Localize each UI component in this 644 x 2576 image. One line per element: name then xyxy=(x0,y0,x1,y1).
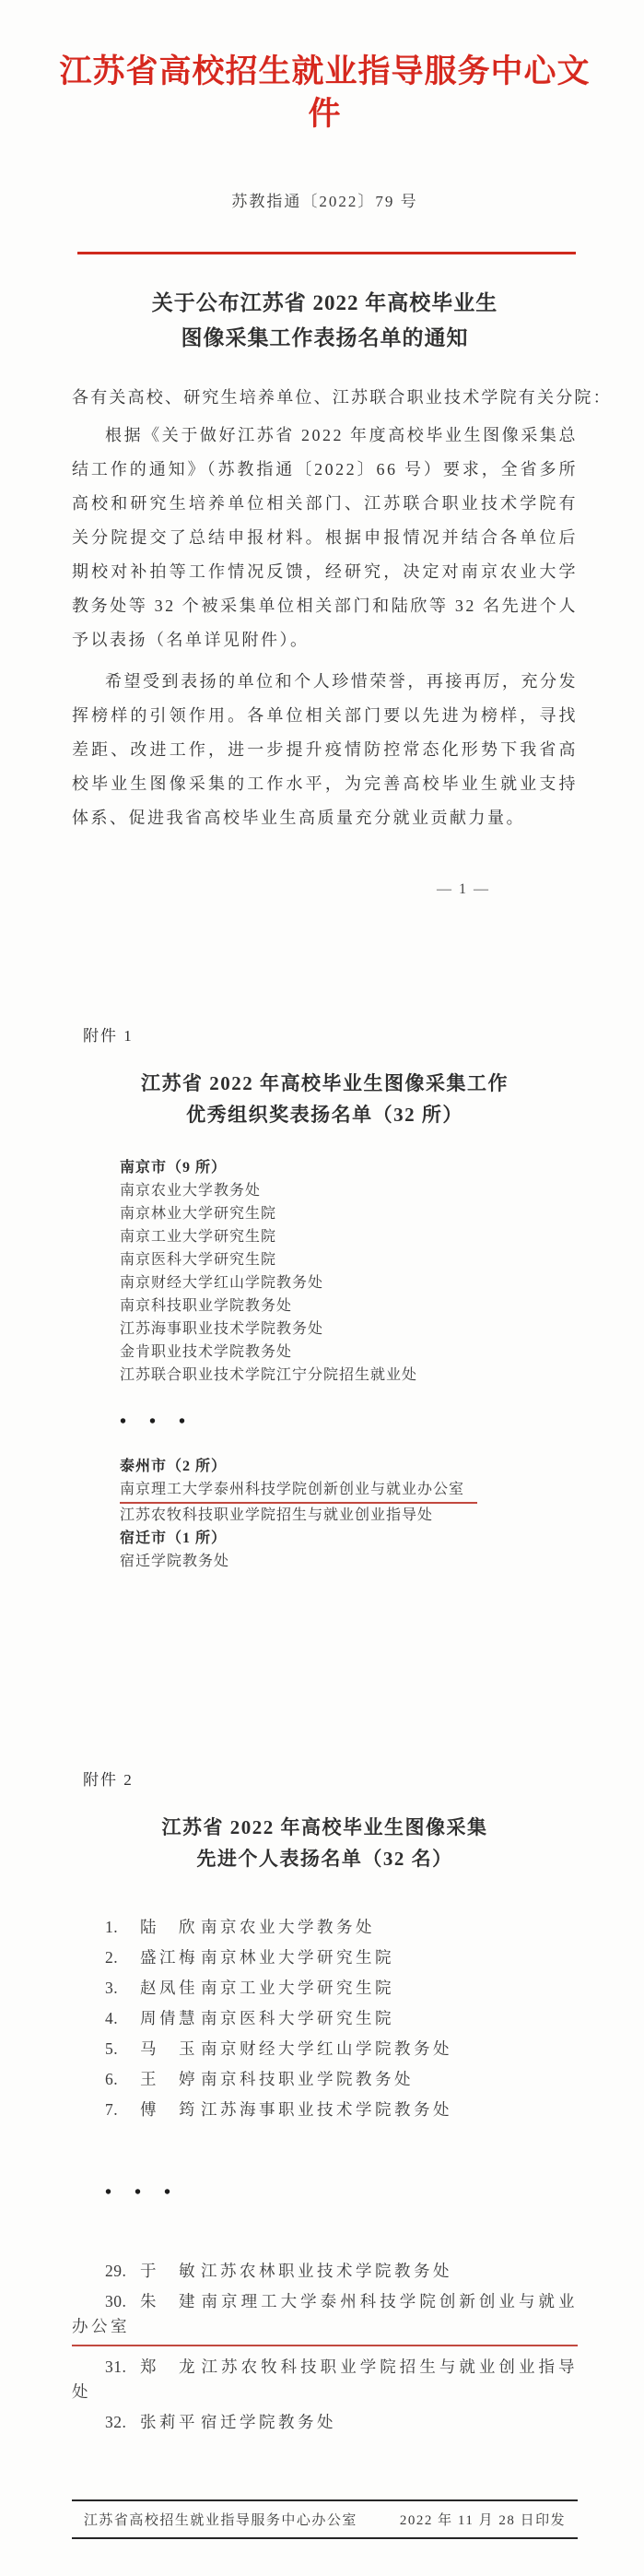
doc-title-line1: 关于公布江苏省 2022 年高校毕业生 xyxy=(72,286,578,321)
person-name: 王 婷 xyxy=(140,2067,201,2092)
org-list-item: 南京农业大学教务处 xyxy=(120,1179,578,1202)
org-list-item: 江苏联合职业技术学院江宁分院招生就业处 xyxy=(120,1364,578,1387)
body-paragraph-2: 希望受到表扬的单位和个人珍惜荣誉，再接再厉，充分发挥榜样的引领作用。各单位相关部… xyxy=(72,665,578,835)
org-name: 江苏海事职业技术学院教务处 xyxy=(120,1321,323,1337)
person-row: 32.张莉平宿迁学院教务处 xyxy=(72,2410,578,2435)
city-group-header: 宿迁市（1 所） xyxy=(120,1527,578,1550)
org-name: 南京医科大学研究生院 xyxy=(120,1252,276,1268)
person-name: 周倩慧 xyxy=(140,2006,201,2031)
person-number: 1. xyxy=(105,1915,140,1940)
attachment2-label: 附件 2 xyxy=(83,1767,578,1790)
attachment2-list: 1.陆 欣南京农业大学教务处2.盛江梅南京林业大学研究生院3.赵凤佳南京工业大学… xyxy=(72,1915,578,2435)
person-unit: 南京科技职业学院教务处 xyxy=(201,2070,414,2088)
person-unit: 南京医科大学研究生院 xyxy=(201,2009,394,2027)
ellipsis-row: • • • xyxy=(120,1412,578,1431)
org-list-item: 江苏农牧科技职业学院招生与就业创业指导处 xyxy=(120,1504,578,1527)
person-number: 31. xyxy=(105,2355,140,2380)
body-paragraph-1: 根据《关于做好江苏省 2022 年度高校毕业生图像采集总结工作的通知》（苏教指通… xyxy=(72,419,578,657)
person-unit: 南京工业大学研究生院 xyxy=(201,1979,394,1997)
person-unit: 江苏海事职业技术学院教务处 xyxy=(201,2100,452,2119)
city-group-header: 泰州市（2 所） xyxy=(120,1455,578,1478)
person-row: 2.盛江梅南京林业大学研究生院 xyxy=(72,1945,578,1970)
red-divider-rule xyxy=(77,252,576,254)
person-row: 5.马 玉南京财经大学红山学院教务处 xyxy=(72,2037,578,2062)
org-name: 江苏联合职业技术学院江宁分院招生就业处 xyxy=(120,1367,417,1383)
person-name: 傅 筠 xyxy=(140,2097,201,2122)
person-name: 马 玉 xyxy=(140,2037,201,2062)
person-row: 7.傅 筠江苏海事职业技术学院教务处 xyxy=(72,2097,578,2122)
org-name: 南京工业大学研究生院 xyxy=(120,1229,276,1245)
org-list-item: 江苏海事职业技术学院教务处 xyxy=(120,1318,578,1341)
person-name: 盛江梅 xyxy=(140,1945,201,1970)
person-name: 于 敏 xyxy=(140,2259,201,2284)
red-header-banner: 江苏省高校招生就业指导服务中心文件 xyxy=(53,51,596,135)
org-list-item: 南京理工大学泰州科技学院创新创业与就业办公室 xyxy=(120,1478,578,1504)
org-list-item: 南京医科大学研究生院 xyxy=(120,1248,578,1271)
org-name: 江苏农牧科技职业学院招生与就业创业指导处 xyxy=(120,1507,433,1523)
doc-number: 苏教指通〔2022〕79 号 xyxy=(72,188,578,211)
org-list-item: 南京林业大学研究生院 xyxy=(120,1202,578,1225)
person-number: 6. xyxy=(105,2067,140,2092)
attachment1-label: 附件 1 xyxy=(83,1022,578,1046)
attachment1-list: 南京市（9 所）南京农业大学教务处南京林业大学研究生院南京工业大学研究生院南京医… xyxy=(120,1156,578,1573)
person-row: 29.于 敏江苏农林职业技术学院教务处 xyxy=(72,2259,578,2284)
person-number: 2. xyxy=(105,1945,140,1970)
person-unit: 江苏农林职业技术学院教务处 xyxy=(201,2262,452,2280)
org-list-item: 南京工业大学研究生院 xyxy=(120,1225,578,1248)
footer-issuer: 江苏省高校招生就业指导服务中心办公室 xyxy=(84,2510,357,2529)
person-number: 7. xyxy=(105,2097,140,2122)
org-name: 金肯职业技术学院教务处 xyxy=(120,1344,292,1360)
org-name: 南京理工大学泰州科技学院创新创业与就业办公室 xyxy=(120,1478,477,1504)
person-name: 赵凤佳 xyxy=(140,1976,201,2001)
person-name: 张莉平 xyxy=(140,2410,201,2435)
person-row: 1.陆 欣南京农业大学教务处 xyxy=(72,1915,578,1940)
attachment2-title-line2: 先进个人表扬名单（32 名） xyxy=(72,1843,578,1874)
person-row: 6.王 婷南京科技职业学院教务处 xyxy=(72,2067,578,2092)
attachment1-title: 江苏省 2022 年高校毕业生图像采集工作 优秀组织奖表扬名单（32 所） xyxy=(72,1068,578,1130)
city-group-header: 南京市（9 所） xyxy=(120,1156,578,1179)
person-row: 30.朱 建南京理工大学泰州科技学院创新创业与就业办公室 xyxy=(72,2289,578,2339)
attachment2-title-line1: 江苏省 2022 年高校毕业生图像采集 xyxy=(72,1812,578,1843)
person-row: 31.郑 龙江苏农牧科技职业学院招生与就业创业指导处 xyxy=(72,2355,578,2405)
ellipsis-row: • • • xyxy=(105,2183,578,2202)
footer-print-date: 2022 年 11 月 28 日印发 xyxy=(400,2510,566,2529)
org-name: 南京科技职业学院教务处 xyxy=(120,1298,292,1314)
person-name: 郑 龙 xyxy=(140,2355,201,2380)
person-number: 30. xyxy=(105,2289,140,2314)
footer-imprint: 江苏省高校招生就业指导服务中心办公室 2022 年 11 月 28 日印发 xyxy=(72,2499,578,2539)
person-number: 32. xyxy=(105,2410,140,2435)
org-name: 南京林业大学研究生院 xyxy=(120,1206,276,1222)
org-name: 南京财经大学红山学院教务处 xyxy=(120,1275,323,1291)
person-number: 29. xyxy=(105,2259,140,2284)
org-name: 宿迁学院教务处 xyxy=(120,1554,229,1569)
person-unit: 宿迁学院教务处 xyxy=(201,2413,336,2431)
org-name: 南京农业大学教务处 xyxy=(120,1183,261,1199)
doc-title-line2: 图像采集工作表扬名单的通知 xyxy=(72,321,578,356)
red-underline-annotation xyxy=(72,2345,578,2346)
page-number: — 1 — xyxy=(72,881,578,898)
org-list-item: 南京财经大学红山学院教务处 xyxy=(120,1271,578,1294)
document-page: 江苏省高校招生就业指导服务中心文件 苏教指通〔2022〕79 号 关于公布江苏省… xyxy=(0,0,644,2576)
org-list-item: 南京科技职业学院教务处 xyxy=(120,1294,578,1318)
salutation: 各有关高校、研究生培养单位、江苏联合职业技术学院有关分院： xyxy=(72,384,578,411)
person-unit: 南京财经大学红山学院教务处 xyxy=(201,2039,452,2058)
doc-title: 关于公布江苏省 2022 年高校毕业生 图像采集工作表扬名单的通知 xyxy=(72,286,578,356)
person-row: 4.周倩慧南京医科大学研究生院 xyxy=(72,2006,578,2031)
attachment1-title-line1: 江苏省 2022 年高校毕业生图像采集工作 xyxy=(72,1068,578,1099)
attachment2-title: 江苏省 2022 年高校毕业生图像采集 先进个人表扬名单（32 名） xyxy=(72,1812,578,1874)
person-name: 陆 欣 xyxy=(140,1915,201,1940)
person-unit: 南京林业大学研究生院 xyxy=(201,1948,394,1967)
person-name: 朱 建 xyxy=(140,2289,201,2314)
person-unit: 南京农业大学教务处 xyxy=(201,1918,375,1936)
person-row: 3.赵凤佳南京工业大学研究生院 xyxy=(72,1976,578,2001)
person-number: 5. xyxy=(105,2037,140,2062)
person-number: 4. xyxy=(105,2006,140,2031)
org-list-item: 宿迁学院教务处 xyxy=(120,1550,578,1573)
person-number: 3. xyxy=(105,1976,140,2001)
org-list-item: 金肯职业技术学院教务处 xyxy=(120,1341,578,1364)
attachment1-title-line2: 优秀组织奖表扬名单（32 所） xyxy=(72,1099,578,1130)
